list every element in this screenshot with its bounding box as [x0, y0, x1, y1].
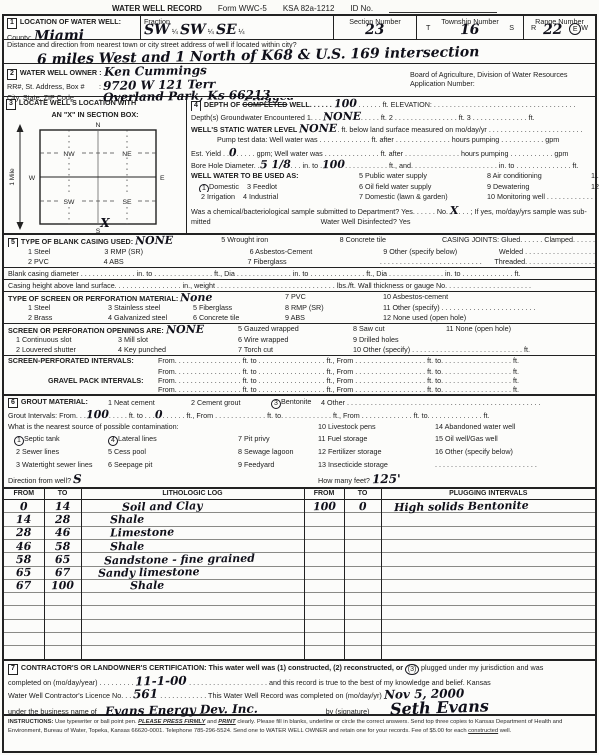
openings-gauzed: 5 Gauzed wrapped — [238, 324, 353, 335]
contam-insecticide: 13 Insecticide storage — [318, 460, 435, 473]
contam-abandoned: 14 Abandoned water well — [435, 422, 595, 434]
mile-arrow: 1 Mile — [9, 124, 24, 230]
option-feedlot: 3 Feedlot — [247, 182, 277, 191]
groundwater-line: Depth(s) Groundwater Encountered 1. . . … — [187, 111, 599, 123]
depth-plugged-handwritten: Plugged — [244, 98, 295, 102]
openings-key-punched: 4 Key punched — [118, 345, 238, 355]
litho-cell — [81, 646, 304, 659]
from-cell: 58 — [4, 553, 44, 566]
fraction-2: SW — [180, 23, 206, 37]
to-cell — [44, 606, 81, 619]
plugged-3-circled: (3) — [405, 664, 419, 675]
from-cell: 14 — [4, 513, 44, 526]
casing-other-dots: . . . . . . . . . . . . . . . . . . . . … — [380, 257, 494, 267]
litho-cell: Shale — [81, 513, 304, 526]
casing-row-1: 5TYPE OF BLANK CASING USED: NONE 5 Wroug… — [4, 235, 595, 247]
to-value: 100 — [51, 580, 74, 591]
section-3-locate: 3LOCATE WELL'S LOCATION WITH AN "X" IN S… — [4, 97, 187, 233]
plug-to-cell: 0 — [344, 500, 381, 513]
plug-to-value: 0 — [359, 501, 367, 512]
casing-title-cell: 5TYPE OF BLANK CASING USED: NONE — [8, 235, 221, 247]
casing-height-line: Casing height above land surface. . . . … — [4, 279, 595, 291]
domestic-number-circled: 1 — [199, 184, 209, 193]
screen-title-cell: TYPE OF SCREEN OR PERFORATION MATERIAL: … — [8, 292, 285, 303]
plug-cell — [381, 553, 595, 566]
quadrant-nw-label: NW — [63, 151, 75, 158]
section-5-number: 5 — [8, 238, 18, 247]
range-east-circled: E — [569, 23, 581, 35]
plug-cell — [381, 619, 595, 632]
contamination-title-row: What is the nearest source of possible c… — [4, 422, 595, 434]
casing-row-3: 2 PVC 4 ABS 7 Fiberglass . . . . . . . .… — [4, 257, 595, 267]
grout-bentonite-circled: 3Bentonite — [271, 397, 321, 409]
feet-cell: How many feet? 125' — [318, 473, 401, 487]
cert-text-4: Water Well Contractor's Licence No. . . — [8, 691, 131, 700]
contamination-title: What is the nearest source of possible c… — [8, 422, 318, 434]
joints-welded: Welded . . . . . . . . . . . . . . . . .… — [499, 247, 595, 257]
openings-none-open: 11 None (open hole) — [446, 324, 595, 335]
grout-pre: Grout Intervals: From. . . — [8, 411, 86, 420]
depth-tail: . . . . . . ft. ELEVATION: . . . . . . .… — [359, 100, 576, 109]
option-rmp: 3 RMP (SR) — [104, 247, 249, 257]
grout-from-value: 100 — [86, 409, 109, 420]
col-from-2: FROM — [304, 489, 344, 500]
plug-from-cell — [304, 526, 344, 539]
screen-abs: 9 ABS — [285, 313, 383, 323]
sp-intervals-row-2: From. . . . . . . . . . . . . . . . . ft… — [4, 367, 595, 376]
blank-casing-diameter-line: Blank casing diameter . . . . . . . . . … — [4, 267, 595, 279]
plug-cell — [381, 526, 595, 539]
screen-asbestos: 10 Asbestos-cement — [383, 292, 595, 303]
cert-line-1: 7CONTRACTOR'S OR LANDOWNER'S CERTIFICATI… — [8, 663, 591, 675]
county-value: Miami — [34, 29, 84, 39]
openings-mill-slot: 3 Mill slot — [118, 335, 238, 345]
joints-threaded: Threaded. . . . . . . . . . . . . . . . … — [494, 257, 595, 267]
contam-lagoon: 8 Sewage lagoon — [238, 447, 318, 460]
fraction-cell: Fraction SW ¼ SW ¼ SE ¼ — [141, 16, 334, 39]
option-public-supply: 5 Public water supply — [359, 171, 487, 182]
township-cell: Township Number T 16 S — [417, 16, 524, 39]
section-1-location: 1LOCATION OF WATER WELL: County: Miami F… — [4, 16, 595, 40]
screen-fiberglass: 5 Fiberglass — [193, 303, 285, 313]
form-id-label: ID No. — [350, 4, 373, 13]
litho-cell — [81, 593, 304, 606]
bore-mid: . . . in. to . — [291, 161, 323, 170]
east-label: E — [160, 175, 165, 182]
used-as-block: WELL WATER TO BE USED AS: 5 Public water… — [187, 171, 599, 203]
plug-to-cell — [344, 553, 381, 566]
casing-joints-label: CASING JOINTS: Glued. . . . . . Clamped.… — [442, 235, 595, 247]
table-row: 5865Sandstone - fine grained — [4, 553, 595, 566]
option-dewatering: 9 Dewatering — [487, 182, 591, 193]
yield-pre: Est. Yield . . — [191, 149, 229, 158]
fraction-1: SW — [144, 23, 170, 37]
plug-cell — [381, 632, 595, 645]
table-header-row: FROM TO LITHOLOGIC LOG FROM TO PLUGGING … — [4, 489, 595, 500]
option-wrought-iron: 5 Wrought iron — [221, 235, 339, 247]
cert-text-1b: plugged under my jurisdiction and was — [421, 663, 543, 672]
form-number: Form WWC-5 — [218, 4, 267, 13]
sample-pre: Was a chemical/bacteriological sample su… — [191, 207, 448, 216]
owner-right: Board of Agriculture, Division of Water … — [410, 64, 595, 96]
plug-from-cell — [304, 566, 344, 579]
plug-cell: High solids Bentonite — [381, 500, 595, 513]
screen-concrete: 6 Concrete tile — [193, 313, 285, 323]
plug-to-cell — [344, 606, 381, 619]
lateral-label: Lateral lines — [118, 434, 157, 443]
litho-cell: Limestone — [81, 526, 304, 539]
casing-title: TYPE OF BLANK CASING USED: — [21, 237, 133, 246]
contam-other-16: 16 Other (specify below) — [435, 447, 595, 460]
grout-neat-cement: 1 Neat cement — [108, 398, 191, 407]
screen-pvc: 7 PVC — [285, 292, 383, 303]
lithologic-log-table: FROM TO LITHOLOGIC LOG FROM TO PLUGGING … — [4, 487, 595, 659]
litho-value: Sandstone - fine grained — [103, 553, 254, 567]
screen-galvanized: 4 Galvanized steel — [108, 313, 193, 323]
to-cell — [44, 632, 81, 645]
section-box-diagram: 1 Mile NW — [6, 119, 184, 235]
contam-pit-privy: 7 Pit privy — [238, 434, 318, 447]
plug-from-cell — [304, 646, 344, 659]
option-irrigation: 2 Irrigation — [201, 192, 235, 201]
depth-line: 4DEPTH OF COMPLETEDPlugged WELL. . . . .… — [187, 98, 599, 111]
screen-value: None — [180, 292, 213, 303]
from-value: 14 — [16, 514, 32, 525]
contam-oil-well: 15 Oil well/Gas well — [435, 434, 595, 447]
board-label: Board of Agriculture, Division of Water … — [410, 70, 592, 79]
plug-from-cell: 100 — [304, 500, 344, 513]
contam-sewer: 2 Sewer lines — [8, 447, 108, 460]
domestic-label: Domestic — [209, 182, 239, 191]
openings-row-1: SCREEN OR PERFORATION OPENINGS ARE: NONE… — [4, 323, 595, 335]
owner-label: WATER WELL OWNER : — [20, 68, 102, 77]
section-number-value: 23 — [365, 23, 385, 37]
openings-wire-wrapped: 6 Wire wrapped — [238, 335, 353, 345]
contam-lateral-circled: 4Lateral lines — [108, 434, 238, 447]
contam-cess-pool: 5 Cess pool — [108, 447, 238, 460]
instructions-block: INSTRUCTIONS: Use typewriter or ball poi… — [4, 714, 595, 751]
static-value: NONE — [299, 123, 337, 134]
instructions-print: PRINT — [218, 719, 235, 725]
litho-cell: Sandy limestone — [81, 566, 304, 579]
bentonite-label: Bentonite — [281, 397, 311, 406]
instructions-constructed: constructed — [468, 728, 498, 734]
openings-drilled: 9 Drilled holes — [353, 335, 595, 345]
id-number-blank — [389, 4, 497, 13]
section-7-number: 7 — [8, 664, 18, 675]
option-industrial: 4 Industrial — [243, 192, 278, 201]
grout-cement-grout: 2 Cement grout — [191, 398, 271, 407]
table-row: 4658Shale — [4, 540, 595, 553]
septic-label: Septic tank — [24, 434, 60, 443]
section-4-number: 4 — [191, 101, 201, 111]
gravel-pack-label: GRAVEL PACK INTERVALS: — [8, 376, 158, 385]
quadrant-se-label: SE — [122, 199, 132, 206]
openings-row-2: 1 Continuous slot 3 Mill slot 6 Wire wra… — [4, 335, 595, 345]
grout-tail: . . . . . . ft., From . . . . . . . . . … — [162, 411, 489, 420]
section-6-number: 6 — [8, 398, 18, 409]
to-value: 28 — [55, 514, 71, 525]
table-row: 014Soil and Clay1000High solids Bentonit… — [4, 500, 595, 513]
gw-pre: Depth(s) Groundwater Encountered 1. . . — [191, 113, 321, 122]
litho-value: Shale — [109, 540, 143, 552]
yield-tail: . . . . . gpm; Well water was . . . . . … — [237, 149, 569, 158]
signature-value: Seth Evans — [389, 698, 488, 717]
application-number-label: Application Number: — [410, 79, 592, 88]
direction-label: Direction from well? — [8, 476, 71, 485]
plug-value: High solids Bentonite — [393, 500, 528, 513]
plug-from-cell — [304, 606, 344, 619]
plug-to-cell — [344, 632, 381, 645]
plug-to-cell — [344, 566, 381, 579]
table-row — [4, 632, 595, 645]
quadrant-sw-label: SW — [64, 199, 76, 206]
to-cell: 46 — [44, 526, 81, 539]
county-label: County: — [7, 33, 32, 39]
plug-from-cell — [304, 593, 344, 606]
from-value: 46 — [16, 541, 32, 552]
contam-feedyard: 9 Feedyard — [238, 460, 318, 473]
option-domestic-lawn: 7 Domestic (lawn & garden) — [359, 192, 487, 203]
option-steel: 1 Steel — [8, 247, 104, 257]
table-row — [4, 619, 595, 632]
township-value: 16 — [460, 23, 480, 37]
contamination-row-2: 2 Sewer lines 5 Cess pool 8 Sewage lagoo… — [4, 447, 595, 460]
screen-other: 11 Other (specify) . . . . . . . . . . .… — [383, 303, 595, 313]
instructions-press-firmly: PLEASE PRESS FIRMLY — [138, 719, 205, 725]
option-oil-field: 6 Oil field water supply — [359, 182, 487, 193]
bentonite-number-circled: 3 — [271, 399, 281, 409]
contam-seepage: 6 Seepage pit — [108, 460, 238, 473]
option-asbestos-cement: 6 Asbestos-Cement — [250, 247, 384, 257]
static-tail: . ft. below land surface measured on mo/… — [337, 125, 582, 134]
used-as-row-3: 2 Irrigation 4 Industrial 7 Domestic (la… — [187, 192, 599, 203]
screen-material-row-1: TYPE OF SCREEN OR PERFORATION MATERIAL: … — [4, 291, 595, 303]
to-value: 58 — [55, 541, 71, 552]
litho-value: Soil and Clay — [121, 500, 202, 512]
sample-line-1: Was a chemical/bacteriological sample su… — [187, 205, 599, 217]
yield-value: 0 — [229, 147, 237, 158]
well-x-mark: X — [99, 216, 110, 230]
contam-septic-circled: 1Septic tank — [8, 434, 108, 447]
contam-fertilizer: 12 Fertilizer storage — [318, 447, 435, 460]
business-name-value: Evans Energy Dev. Inc. — [105, 703, 258, 718]
to-cell: 67 — [44, 566, 81, 579]
yield-line: Est. Yield . .0. . . . . gpm; Well water… — [187, 147, 599, 159]
litho-value: Sandy limestone — [97, 566, 199, 579]
litho-cell: Soil and Clay — [81, 500, 304, 513]
grout-to-value: 0 — [155, 409, 163, 420]
contam-other-dots: . . . . . . . . . . . . . . . . . . . . … — [435, 460, 595, 473]
section-3-number: 3 — [6, 99, 16, 110]
from-cell — [4, 593, 44, 606]
to-value: 65 — [55, 554, 71, 565]
option-other-specify: 9 Other (specify below) — [383, 247, 499, 257]
completed-date-value: 11-1-00 — [135, 675, 187, 687]
plug-cell — [381, 579, 595, 592]
screen-none-used: 12 None used (open hole) — [383, 313, 595, 323]
screen-steel: 1 Steel — [8, 303, 108, 313]
section-4-depth: 4DEPTH OF COMPLETEDPlugged WELL. . . . .… — [187, 97, 599, 233]
litho-cell — [81, 619, 304, 632]
depth-value: 100 — [334, 98, 357, 109]
section-number-cell: Section Number 23 — [334, 16, 417, 39]
static-pre: WELL'S STATIC WATER LEVEL — [191, 125, 297, 134]
interval-line-2: From. . . . . . . . . . . . . . . . . ft… — [158, 367, 595, 376]
range-cell: Range Number R 22 EW — [524, 16, 595, 39]
direction-row: Direction from well? S How many feet? 12… — [4, 473, 595, 487]
plug-from-value: 100 — [312, 501, 335, 512]
depth-post: WELL. . . . . . — [289, 100, 331, 109]
col-lithologic-log: LITHOLOGIC LOG — [81, 489, 304, 500]
openings-title-cell: SCREEN OR PERFORATION OPENINGS ARE: NONE — [8, 324, 238, 335]
grout-other: 4 Other . . . . . . . . . . . . . . . . … — [321, 398, 595, 407]
township-t: T — [426, 23, 430, 37]
litho-cell: Sandstone - fine grained — [81, 553, 304, 566]
col-plugging-intervals: PLUGGING INTERVALS — [381, 489, 595, 500]
from-cell: 65 — [4, 566, 44, 579]
water-well-record-form: WATER WELL RECORD Form WWC-5 KSA 82a-121… — [0, 0, 599, 755]
col-from-1: FROM — [4, 489, 44, 500]
grout-intervals-line: Grout Intervals: From. . .100. . . . . f… — [4, 409, 595, 422]
license-number-value: 561 — [133, 688, 158, 700]
table-row — [4, 646, 595, 659]
form-ksa: KSA 82a-1212 — [283, 4, 335, 13]
used-as-title: WELL WATER TO BE USED AS: — [191, 171, 359, 182]
section-6-grout: 6GROUT MATERIAL: 1 Neat cement 2 Cement … — [4, 394, 595, 487]
from-cell: 0 — [4, 500, 44, 513]
instructions-text-2: and — [205, 719, 218, 725]
openings-value: NONE — [166, 324, 204, 335]
septic-number-circled: 1 — [14, 436, 24, 446]
interval-line-3: From. . . . . . . . . . . . . . . . . ft… — [158, 376, 595, 385]
static-level-line: WELL'S STATIC WATER LEVEL NONE. ft. belo… — [187, 123, 599, 135]
to-value: 46 — [55, 527, 71, 538]
bore-diameter-value: 5 1/8 — [260, 159, 291, 170]
option-pvc: 2 PVC — [8, 257, 104, 267]
range-west: W — [581, 23, 588, 32]
option-other-12: 12 Other (Specify below) — [591, 182, 599, 193]
litho-cell: Shale — [81, 579, 304, 592]
casing-value: NONE — [135, 235, 173, 246]
table-row: 67100Shale — [4, 579, 595, 592]
grout-title: GROUT MATERIAL: — [21, 397, 88, 406]
range-value: 22 — [543, 23, 563, 37]
plug-to-cell — [344, 579, 381, 592]
bore-pre: Bore Hole Diameter. . — [191, 161, 260, 170]
sample-line-2: mitted Water Well Disinfected? Yes No X — [187, 217, 599, 229]
bore-hole-line: Bore Hole Diameter. .5 1/8. . . in. to .… — [187, 159, 599, 171]
contam-fuel: 11 Fuel storage — [318, 434, 435, 447]
section-2-owner: 2WATER WELL OWNER : Ken Cummings RR#, St… — [4, 64, 595, 97]
screen-material-row-3: 2 Brass 4 Galvanized steel 6 Concrete ti… — [4, 313, 595, 323]
option-monitoring-well: 10 Monitoring well . . . . . . . . . . .… — [487, 192, 599, 203]
used-as-row-2: 1Domestic 3 Feedlot 6 Oil field water su… — [187, 182, 599, 193]
col-to-2: TO — [344, 489, 381, 500]
from-cell — [4, 606, 44, 619]
gp-intervals-row-2: From. . . . . . . . . . . . . . . . . ft… — [4, 385, 595, 394]
mile-label: 1 Mile — [9, 168, 16, 186]
openings-other: 10 Other (specify) . . . . . . . . . . .… — [353, 345, 595, 355]
litho-cell — [81, 606, 304, 619]
section-3-4-row: 3LOCATE WELL'S LOCATION WITH AN "X" IN S… — [4, 97, 595, 235]
spacer — [8, 385, 158, 394]
table-row: 1428Shale — [4, 513, 595, 526]
form-title-line: WATER WELL RECORD Form WWC-5 KSA 82a-121… — [0, 0, 599, 13]
section-3-title-2: AN "X" IN SECTION BOX: — [6, 110, 184, 119]
north-label: N — [96, 122, 101, 129]
instructions-text-1: Use typewriter or ball point pen. — [53, 719, 138, 725]
section-1-title: LOCATION OF WATER WELL: — [20, 17, 121, 26]
plug-to-cell — [344, 526, 381, 539]
cert-line-2: completed on (mo/day/year) . . . . . . .… — [8, 675, 591, 688]
quadrant-ne-label: NE — [122, 151, 132, 158]
plug-to-cell — [344, 540, 381, 553]
screen-title: TYPE OF SCREEN OR PERFORATION MATERIAL: — [8, 294, 178, 303]
plug-to-cell — [344, 646, 381, 659]
section-5-casing: 5TYPE OF BLANK CASING USED: NONE 5 Wroug… — [4, 235, 595, 394]
to-cell — [44, 593, 81, 606]
contamination-row-3: 3 Watertight sewer lines 6 Seepage pit 9… — [4, 460, 595, 473]
plug-from-cell — [304, 619, 344, 632]
cert-text-5: . . . . . . . . . . . . This Water Well … — [160, 691, 382, 700]
col-to-1: TO — [44, 489, 81, 500]
option-concrete-tile: 8 Concrete tile — [340, 235, 442, 247]
litho-value: Shale — [129, 580, 163, 592]
from-value: 58 — [16, 554, 32, 565]
to-cell — [44, 646, 81, 659]
from-cell — [4, 619, 44, 632]
plug-cell — [381, 593, 595, 606]
plug-from-cell — [304, 579, 344, 592]
sample-no-x: X — [450, 205, 459, 216]
gp-intervals-row-1: GRAVEL PACK INTERVALS: From. . . . . . .… — [4, 376, 595, 385]
contamination-row-1: 1Septic tank 4Lateral lines 7 Pit privy … — [4, 434, 595, 447]
cert-text-2: completed on (mo/day/year) . . . . . . .… — [8, 678, 133, 687]
table-row — [4, 606, 595, 619]
table-row: 2846Limestone — [4, 526, 595, 539]
bore-depth-value: 100 — [322, 159, 345, 170]
county-cell: 1LOCATION OF WATER WELL: County: Miami — [4, 16, 141, 39]
pump-test-line: Pump test data: Well water was . . . . .… — [187, 135, 599, 147]
from-value: 28 — [16, 527, 32, 538]
plug-from-cell — [304, 540, 344, 553]
to-value: 67 — [55, 567, 71, 578]
range-r: R — [531, 23, 536, 37]
lateral-number-circled: 4 — [108, 436, 118, 446]
used-as-row-1: WELL WATER TO BE USED AS: 5 Public water… — [187, 171, 599, 182]
from-value: 67 — [16, 580, 32, 591]
openings-row-3: 2 Louvered shutter 4 Key punched 7 Torch… — [4, 345, 595, 355]
cert-text-3: . . . . . . . . . . . . . . . . . . . . … — [189, 678, 491, 687]
openings-louvered: 2 Louvered shutter — [8, 345, 118, 355]
feet-value: 125' — [372, 473, 401, 485]
option-domestic-circled: 1Domestic 3 Feedlot — [191, 182, 359, 193]
section-1-number: 1 — [7, 18, 17, 29]
option-abs: 4 ABS — [104, 257, 248, 267]
to-cell: 14 — [44, 500, 81, 513]
screen-rmp: 8 RMP (SR) — [285, 303, 383, 313]
section-7-certification: 7CONTRACTOR'S OR LANDOWNER'S CERTIFICATI… — [4, 659, 595, 714]
litho-value: Shale — [109, 514, 143, 526]
fraction-3: SE — [216, 23, 237, 37]
quarter-3: ¼ — [238, 27, 244, 36]
screen-stainless: 3 Stainless steel — [108, 303, 193, 313]
litho-value: Limestone — [109, 527, 173, 539]
contam-watertight: 3 Watertight sewer lines — [8, 460, 108, 473]
contam-livestock: 10 Livestock pens — [318, 422, 435, 434]
owner-left: 2WATER WELL OWNER : Ken Cummings RR#, St… — [4, 64, 410, 96]
